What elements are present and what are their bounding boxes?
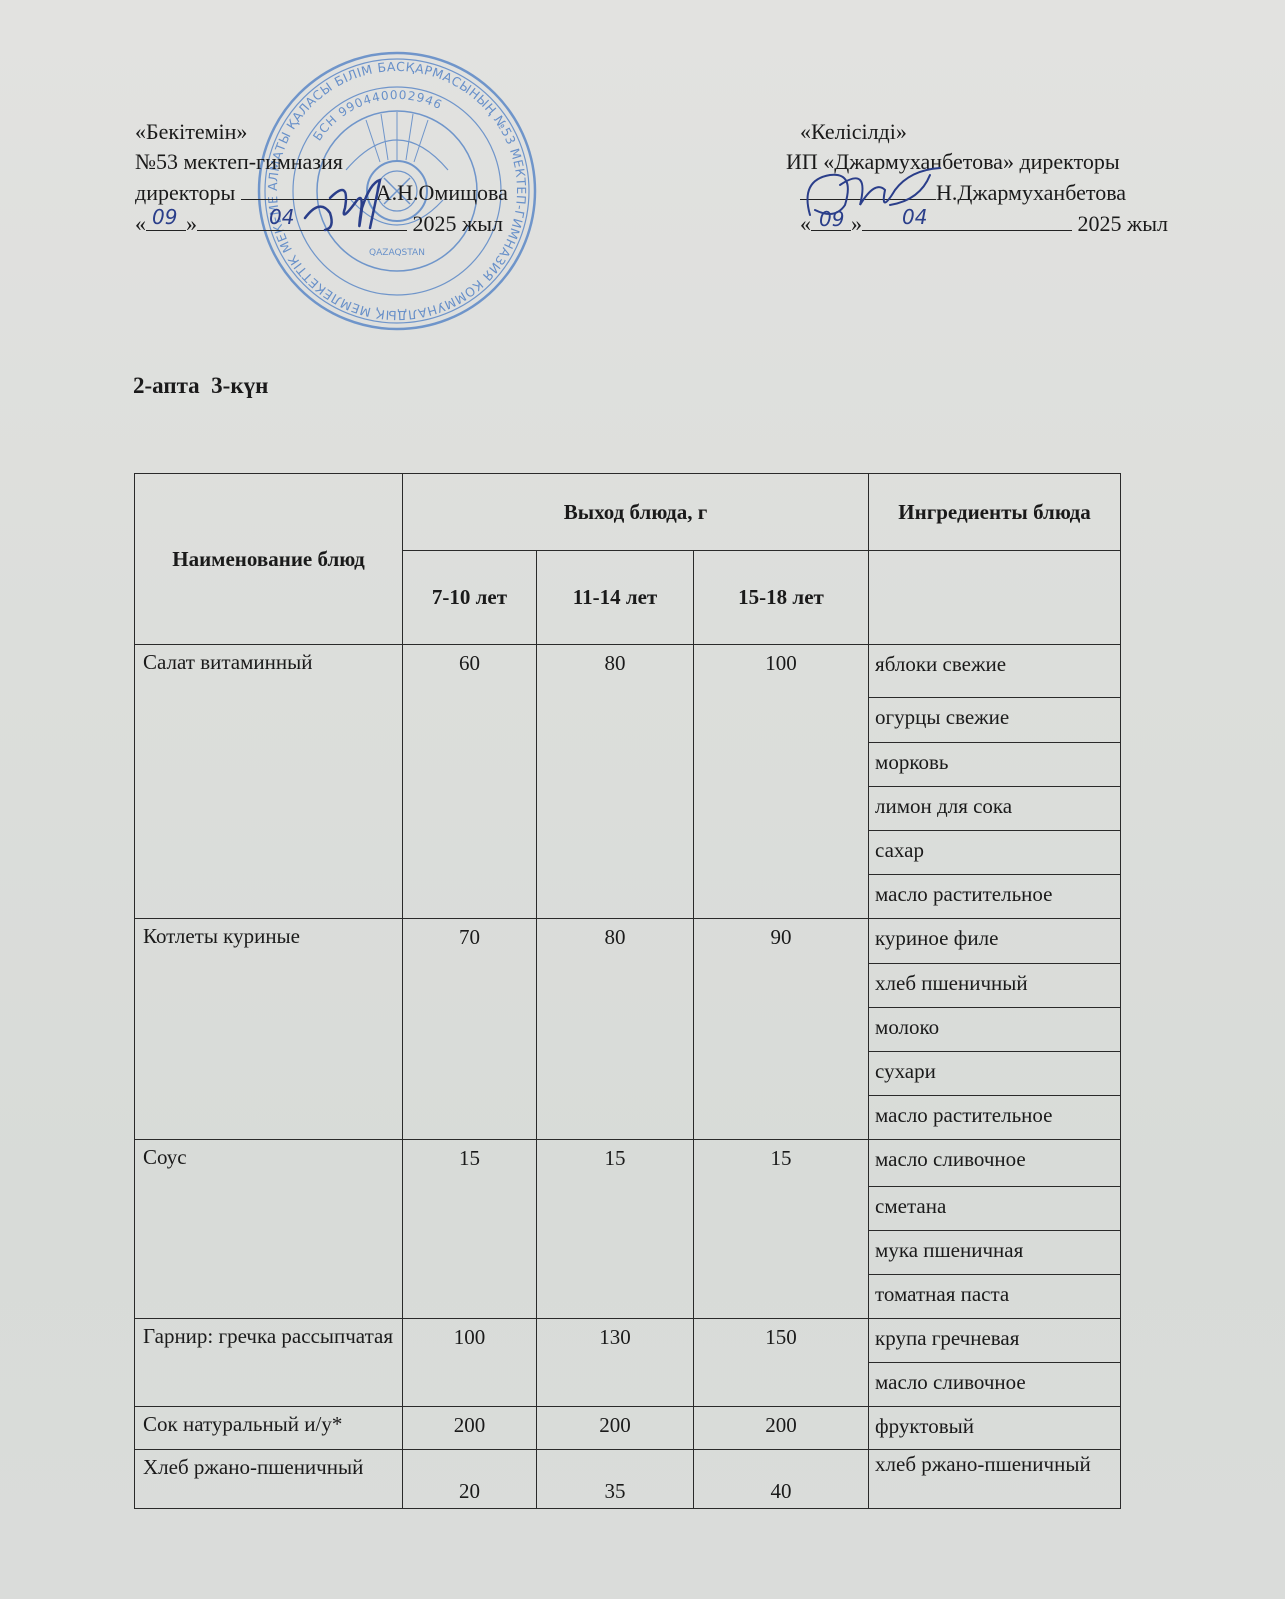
dish-name: Салат витаминный — [135, 645, 403, 919]
header-dish-name: Наименование блюд — [135, 474, 403, 645]
ingredient-item: крупа гречневая — [869, 1319, 1120, 1362]
table-row: Сок натуральный и/у*200200200фруктовый — [135, 1407, 1121, 1450]
dish-name: Хлеб ржано-пшеничный — [135, 1450, 403, 1509]
yield-value: 80 — [537, 645, 694, 919]
ingredient-item: морковь — [869, 742, 1120, 786]
ingredients-cell: фруктовый — [869, 1407, 1121, 1450]
yield-value: 70 — [403, 919, 537, 1140]
approval-year: 2025 жыл — [413, 211, 503, 236]
ingredient-item: мука пшеничная — [869, 1230, 1120, 1274]
dish-name: Соус — [135, 1140, 403, 1319]
week-day-title: 2-апта 3-күн — [133, 373, 268, 399]
agreement-name: Н.Джармуханбетова — [936, 180, 1126, 205]
header-ingredients: Ингредиенты блюда — [869, 474, 1121, 551]
ingredient-item: куриное филе — [869, 919, 1120, 963]
yield-value: 150 — [694, 1319, 869, 1407]
approval-role: директоры — [135, 180, 235, 205]
yield-value: 15 — [403, 1140, 537, 1319]
ingredient-item: молоко — [869, 1007, 1120, 1051]
ingredients-cell: куриное филехлеб пшеничныймолокосухарима… — [869, 919, 1121, 1140]
ingredient-item: сахар — [869, 830, 1120, 874]
yield-value: 90 — [694, 919, 869, 1140]
ingredient-item: фруктовый — [869, 1407, 1120, 1449]
approval-day: 09 — [152, 202, 177, 232]
header-yield: Выход блюда, г — [403, 474, 869, 551]
yield-value: 200 — [537, 1407, 694, 1450]
yield-value: 130 — [537, 1319, 694, 1407]
ingredients-cell: крупа гречневаямасло сливочное — [869, 1319, 1121, 1407]
yield-value: 40 — [694, 1450, 869, 1509]
ingredient-item: томатная паста — [869, 1274, 1120, 1318]
header-age-15-18: 15-18 лет — [694, 551, 869, 645]
ingredient-item: огурцы свежие — [869, 697, 1120, 742]
yield-value: 15 — [694, 1140, 869, 1319]
yield-value: 35 — [537, 1450, 694, 1509]
ingredient-item: масло растительное — [869, 1095, 1120, 1139]
yield-value: 60 — [403, 645, 537, 919]
ingredient-item: масло сливочное — [869, 1140, 1120, 1186]
table-row: Салат витаминный6080100яблоки свежиеогур… — [135, 645, 1121, 919]
ingredient-item: лимон для сока — [869, 786, 1120, 830]
table-row: Гарнир: гречка рассыпчатая100130150крупа… — [135, 1319, 1121, 1407]
menu-table: Наименование блюд Выход блюда, г Ингреди… — [134, 473, 1121, 1509]
ingredient-item: хлеб пшеничный — [869, 963, 1120, 1007]
dish-name: Котлеты куриные — [135, 919, 403, 1140]
yield-value: 20 — [403, 1450, 537, 1509]
yield-value: 80 — [537, 919, 694, 1140]
table-row: Котлеты куриные708090куриное филехлеб пш… — [135, 919, 1121, 1140]
header-ingredients-blank — [869, 551, 1121, 645]
dish-name: Сок натуральный и/у* — [135, 1407, 403, 1450]
yield-value: 100 — [403, 1319, 537, 1407]
svg-text:QAZAQSTAN: QAZAQSTAN — [369, 248, 425, 258]
approval-title: «Бекітемін» — [135, 117, 508, 147]
ingredients-cell: хлеб ржано-пшеничный — [869, 1450, 1121, 1509]
agreement-title: «Келісілді» — [800, 117, 1168, 147]
yield-value: 200 — [403, 1407, 537, 1450]
header-age-7-10: 7-10 лет — [403, 551, 537, 645]
menu-table-body: Салат витаминный6080100яблоки свежиеогур… — [135, 645, 1121, 1509]
ingredients-cell: яблоки свежиеогурцы свежиеморковьлимон д… — [869, 645, 1121, 919]
yield-value: 200 — [694, 1407, 869, 1450]
ingredient-item: хлеб ржано-пшеничный — [869, 1450, 1120, 1508]
approval-name: А.Н.Омищова — [376, 180, 508, 205]
ingredient-item: масло сливочное — [869, 1362, 1120, 1406]
dish-name: Гарнир: гречка рассыпчатая — [135, 1319, 403, 1407]
ingredient-item: масло растительное — [869, 874, 1120, 918]
ingredient-item: сухари — [869, 1051, 1120, 1095]
approval-signature — [300, 168, 390, 248]
approval-month: 04 — [269, 202, 294, 232]
agreement-signature — [800, 160, 950, 230]
yield-value: 100 — [694, 645, 869, 919]
header-age-11-14: 11-14 лет — [537, 551, 694, 645]
agreement-year: 2025 жыл — [1078, 211, 1168, 236]
yield-value: 15 — [537, 1140, 694, 1319]
ingredient-item: яблоки свежие — [869, 645, 1120, 697]
table-row: Соус151515масло сливочноесметанамука пше… — [135, 1140, 1121, 1319]
table-row: Хлеб ржано-пшеничный203540хлеб ржано-пше… — [135, 1450, 1121, 1509]
ingredients-cell: масло сливочноесметанамука пшеничнаятома… — [869, 1140, 1121, 1319]
ingredient-item: сметана — [869, 1186, 1120, 1230]
